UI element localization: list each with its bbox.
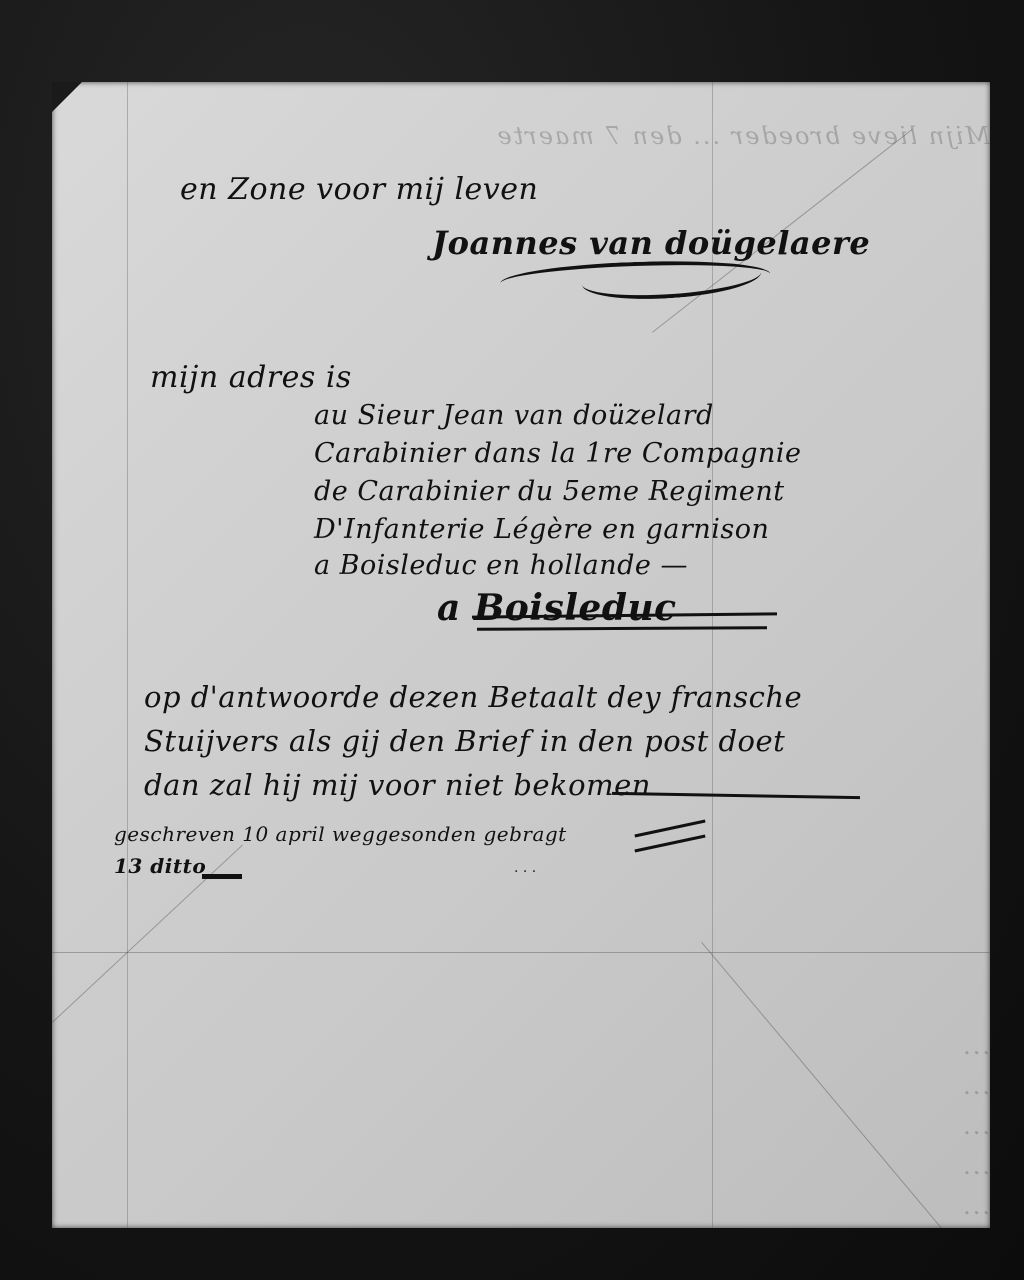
ink-dots: · · · (514, 864, 536, 880)
address-line: au Sieur Jean van doüzelard (314, 400, 714, 431)
address-line: a Boisleduc en hollande — (314, 550, 688, 581)
postscript-line: Stuijvers als gij den Brief in den post … (144, 724, 785, 758)
bleed-through-text: ... (52, 1032, 990, 1060)
double-stroke-mark (634, 835, 705, 853)
annotation-line: geschreven 10 april weggesonden gebragt (114, 822, 567, 846)
annotation-dash (202, 874, 242, 879)
address-intro: mijn adres is (150, 360, 352, 395)
destination-city: a Boisleduc (437, 587, 677, 629)
paper-corner-fold (52, 82, 82, 112)
bleed-through-text: ... (52, 1152, 990, 1180)
address-line: Carabinier dans la 1re Compagnie (314, 438, 802, 469)
double-stroke-mark (634, 820, 705, 838)
closing-line: en Zone voor mij leven (180, 172, 538, 207)
address-line: D'Infanterie Légère en garnison (314, 514, 769, 545)
bleed-through-text: Mijn lieve broeder ... den 7 maerte (52, 122, 990, 150)
annotation-line: 13 ditto (114, 854, 206, 878)
postscript-line: op d'antwoorde dezen Betaalt dey fransch… (144, 680, 802, 714)
letter-page: Mijn lieve broeder ... den 7 maerte ... … (52, 82, 990, 1228)
signature: Joannes van doügelaere (432, 224, 870, 262)
horizontal-fold-line (52, 952, 990, 953)
bleed-through-text: ... (52, 1112, 990, 1140)
address-line: de Carabinier du 5eme Regiment (314, 476, 785, 507)
bleed-through-text: ... (52, 1072, 990, 1100)
postscript-line: dan zal hij mij voor niet bekomen (144, 768, 651, 802)
bleed-through-text: ... (52, 1192, 990, 1220)
destination-underline (477, 626, 767, 631)
